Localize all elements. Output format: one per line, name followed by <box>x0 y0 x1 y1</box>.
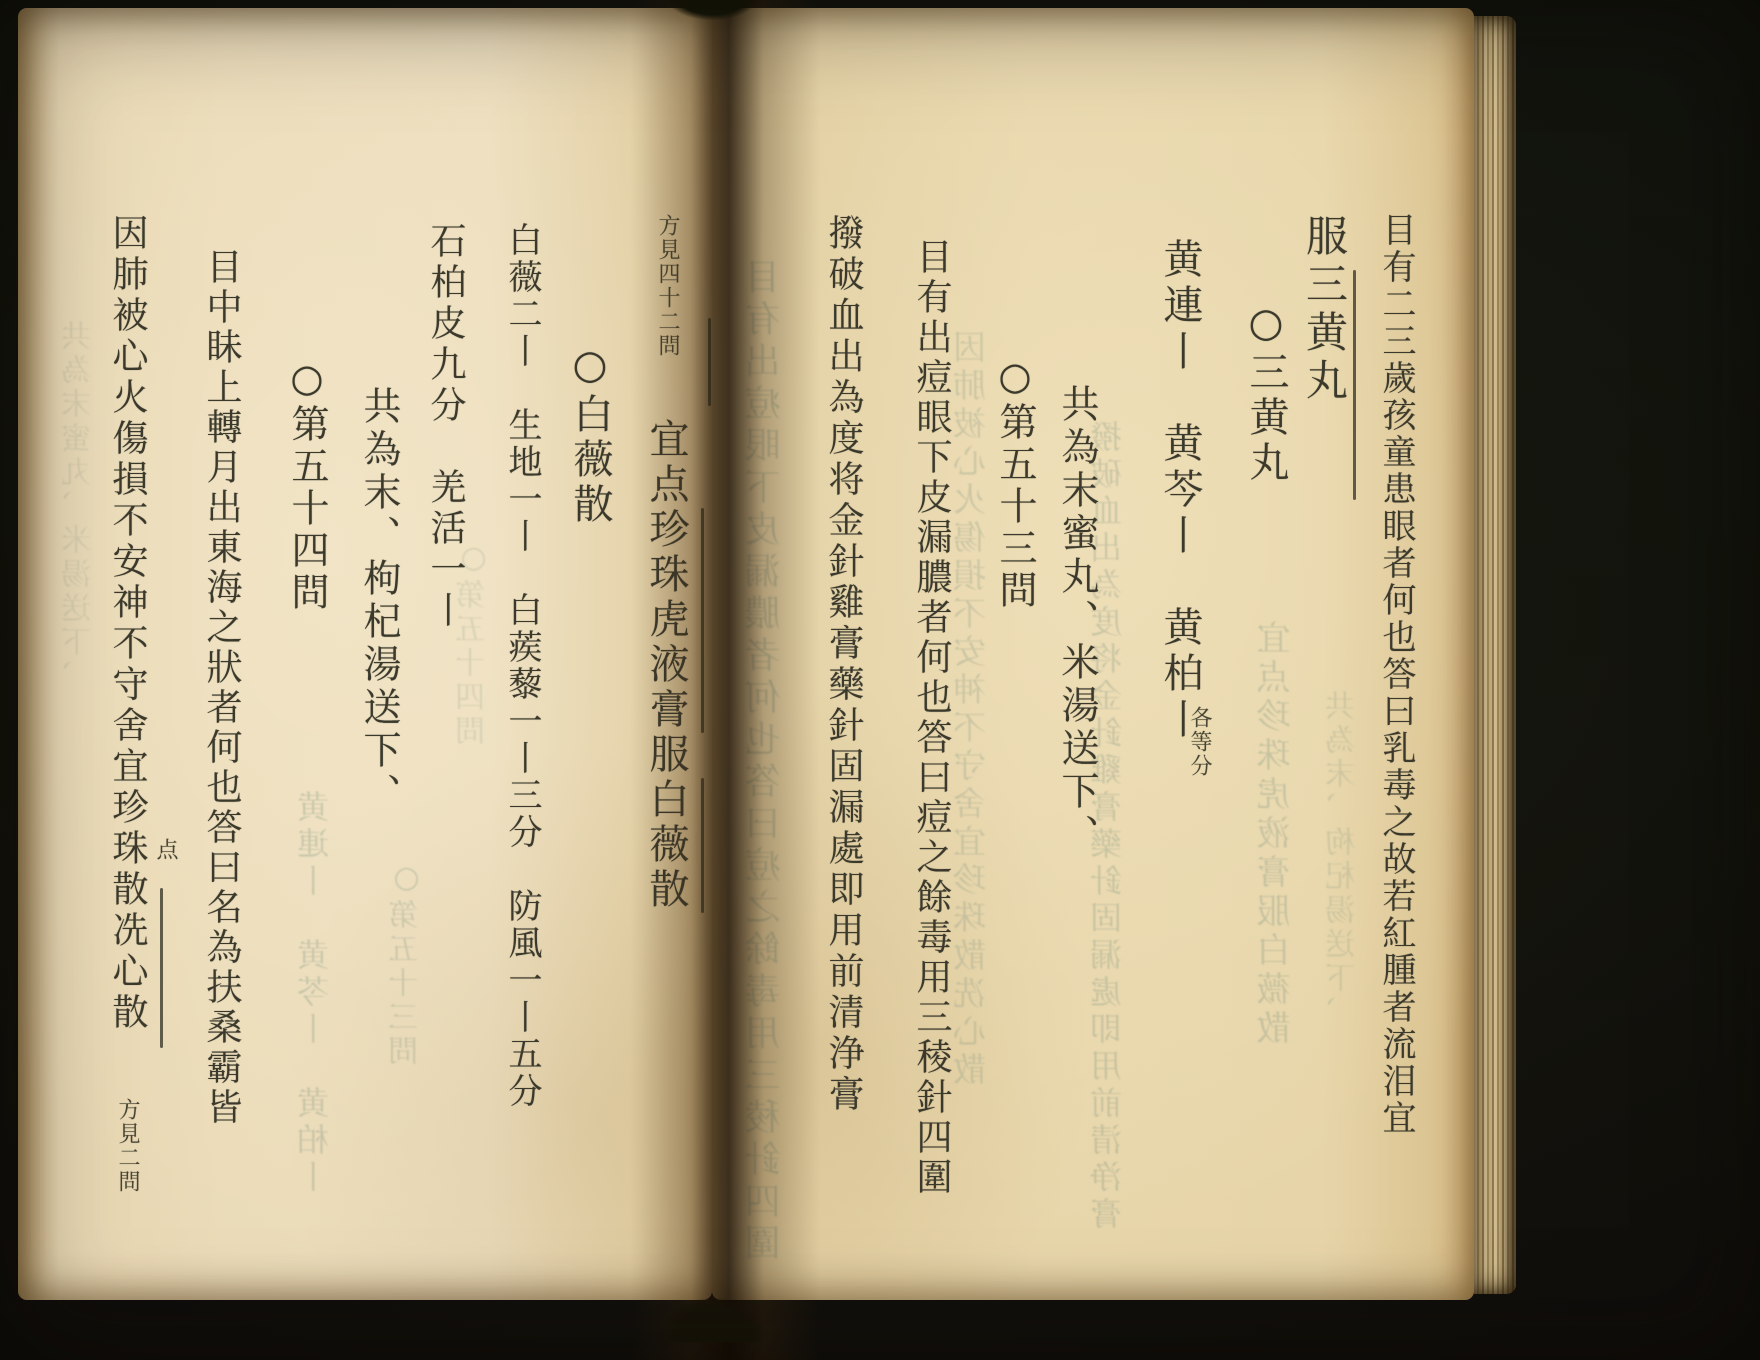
col-right-ingredients: 黄連丨 黄芩丨 黄柏丨 <box>1152 238 1209 744</box>
col-left-ingredients-2: 石柏皮九分 羌活一丨 <box>420 222 471 632</box>
col-left-preparation: 共為末、枸杞湯送下、 <box>352 386 407 816</box>
gutter-shadow-top <box>652 0 772 34</box>
col-right-preparation: 共為末蜜丸、米湯送下、 <box>1050 384 1105 857</box>
col-right-child-eye-question: 目有二三歲孩童患眼者何也答曰乳毒之故若紅腫者流泪宜 <box>1372 212 1421 1137</box>
emphasis-mark <box>701 778 704 913</box>
col-left-treatment-recommendation: 宜点珍珠虎液膏服白薇散 <box>638 418 695 913</box>
bleedthrough-text: 共為末、枸杞湯送下、 <box>1322 690 1366 1030</box>
bleedthrough-text: ○第五十三問 <box>385 860 429 1069</box>
col-left-question-54-text: 目中眛上轉月出東海之狀者何也答曰名為扶桑霸皆 <box>196 248 247 1128</box>
col-left-question-54-heading: ○第五十四問 <box>280 356 335 614</box>
col-left-baiwei-powder-heading: ○白薇散 <box>562 342 619 528</box>
bleedthrough-text: 黄連丨 黄芩丨 黄柏丨 <box>292 790 338 1197</box>
col-right-sanhuang-pill-heading: ○三黄丸 <box>1238 300 1295 486</box>
emphasis-mark <box>1353 270 1356 500</box>
emphasis-mark <box>708 318 711 406</box>
interlinear-note-equal-parts: 各等分 <box>1184 706 1215 778</box>
photograph-background: 目有出痘眼下皮漏膿者何也答曰痘之餘毒用三稜針四圍 因肺被心火傷損不安神不守舍宜珍… <box>0 0 1760 1360</box>
interlinear-note-see-question-42: 方見四十二問 <box>652 214 683 358</box>
bleedthrough-text: 宜点珍珠虎液膏服白薇散 <box>1252 620 1301 1049</box>
col-left-question-54-answer: 因肺被心火傷損不安神不守舍宜珍珠散冼心散 <box>102 214 153 1034</box>
interlinear-note-see-question-2: 方見二問 <box>112 1098 143 1194</box>
interlinear-insertion-note: 点 <box>150 838 181 862</box>
col-right-question-53-text: 目有出痘眼下皮漏膿者何也答曰痘之餘毒用三稜針四圍 <box>906 238 957 1198</box>
page-edges-stack <box>1474 16 1516 1294</box>
col-right-take-sanhuang-pill: 服三黄丸 <box>1294 214 1354 406</box>
gutter-shadow-bottom <box>648 1282 778 1342</box>
emphasis-mark <box>701 508 704 733</box>
col-left-ingredients-1: 白薇二丨 生地一丨 白蒺藜一丨三分 防風一丨五分 <box>498 222 547 1110</box>
col-right-question-53-answer: 撥破血出為度将金針雞膏藥針固漏處即用前清浄膏 <box>818 214 869 1116</box>
col-right-question-53-heading: ○第五十三問 <box>988 354 1043 612</box>
bleedthrough-text: 目有出痘眼下皮漏膿者何也答曰痘之餘毒用三稜針四圍 <box>740 258 791 1266</box>
emphasis-mark <box>160 888 163 1048</box>
bleedthrough-text: 共為末蜜丸、米湯送下、 <box>58 320 102 694</box>
